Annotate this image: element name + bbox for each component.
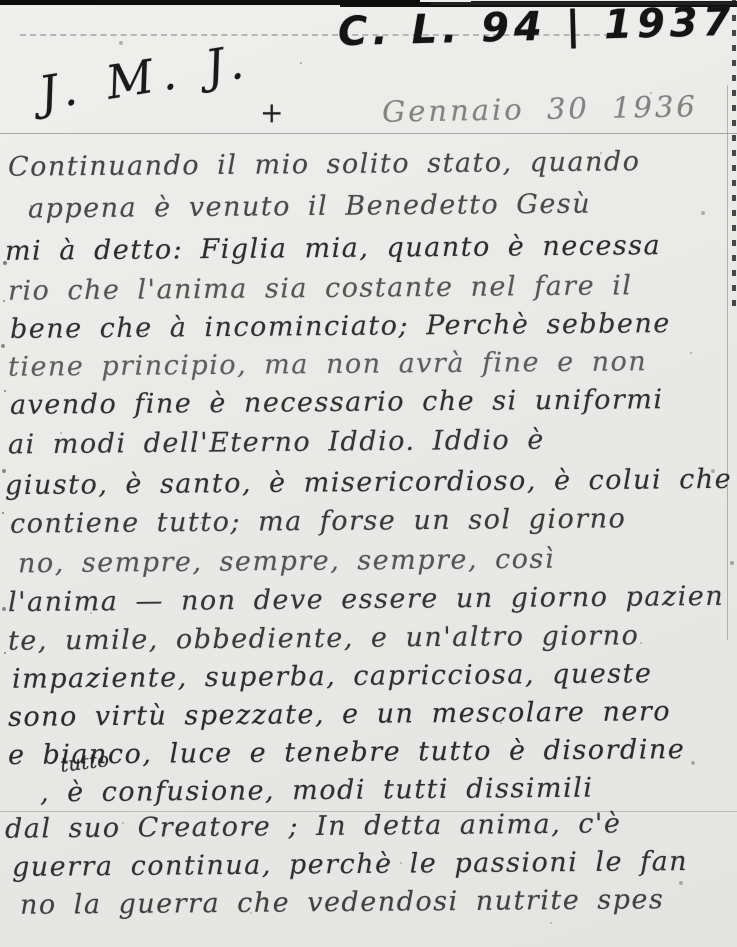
scan-right-edge-dashes xyxy=(732,0,736,310)
letter-line: Continuando il mio solito stato, quando xyxy=(8,145,641,185)
letter-line: no, sempre, sempre, sempre, così xyxy=(18,543,555,582)
letter-line: dal suo Creatore ; In detta anima, c'è xyxy=(5,807,622,846)
ruled-line-top xyxy=(0,133,737,134)
date-line: Gennaio 30 1936 xyxy=(382,89,698,129)
letter-line: l'anima — non deve essere un giorno pazi… xyxy=(8,580,724,620)
letter-line: bene che à incominciato; Perchè sebbene xyxy=(10,307,671,347)
scanned-letter-page: C. L. 94 | 1937 J. M. J. + Gennaio 30 19… xyxy=(0,0,737,947)
letter-line: avendo fine è necessario che si uniformi xyxy=(10,383,664,423)
letter-line: contiene tutto; ma forse un sol giorno xyxy=(10,502,627,541)
letter-line: mi à detto: Figlia mia, quanto è necessa xyxy=(5,229,661,269)
archive-code: C. L. 94 | 1937 xyxy=(337,0,736,55)
letter-line: e bianco, luce e tenebre tutto è disordi… xyxy=(8,733,686,773)
letter-line: impaziente, superba, capricciosa, queste xyxy=(12,657,653,697)
letter-line: tiene principio, ma non avrà fine e non xyxy=(8,345,648,385)
cross-mark: + xyxy=(260,96,283,129)
letter-line: no la guerra che vedendosi nutrite spes xyxy=(20,883,665,923)
letter-line: rio che l'anima sia costante nel fare il xyxy=(8,269,633,308)
letter-line: guerra continua, perchè le passioni le f… xyxy=(12,845,688,885)
scan-top-edge-artifact xyxy=(0,0,420,5)
monogram-jmj: J. M. J. xyxy=(35,34,255,121)
letter-line: sono virtù spezzate, e un mescolare nero xyxy=(8,695,671,735)
scan-speckles xyxy=(0,0,2,2)
scan-right-edge-line xyxy=(727,85,728,640)
letter-line: , è confusione, modi tutti dissimili xyxy=(40,772,594,811)
letter-line: appena è venuto il Benedetto Gesù xyxy=(28,188,591,227)
letter-line: giusto, è santo, è misericordioso, è col… xyxy=(5,463,732,503)
letter-line: ai modi dell'Eterno Iddio. Iddio è xyxy=(8,424,545,463)
letter-line: te, umile, obbediente, e un'altro giorno xyxy=(8,619,640,659)
